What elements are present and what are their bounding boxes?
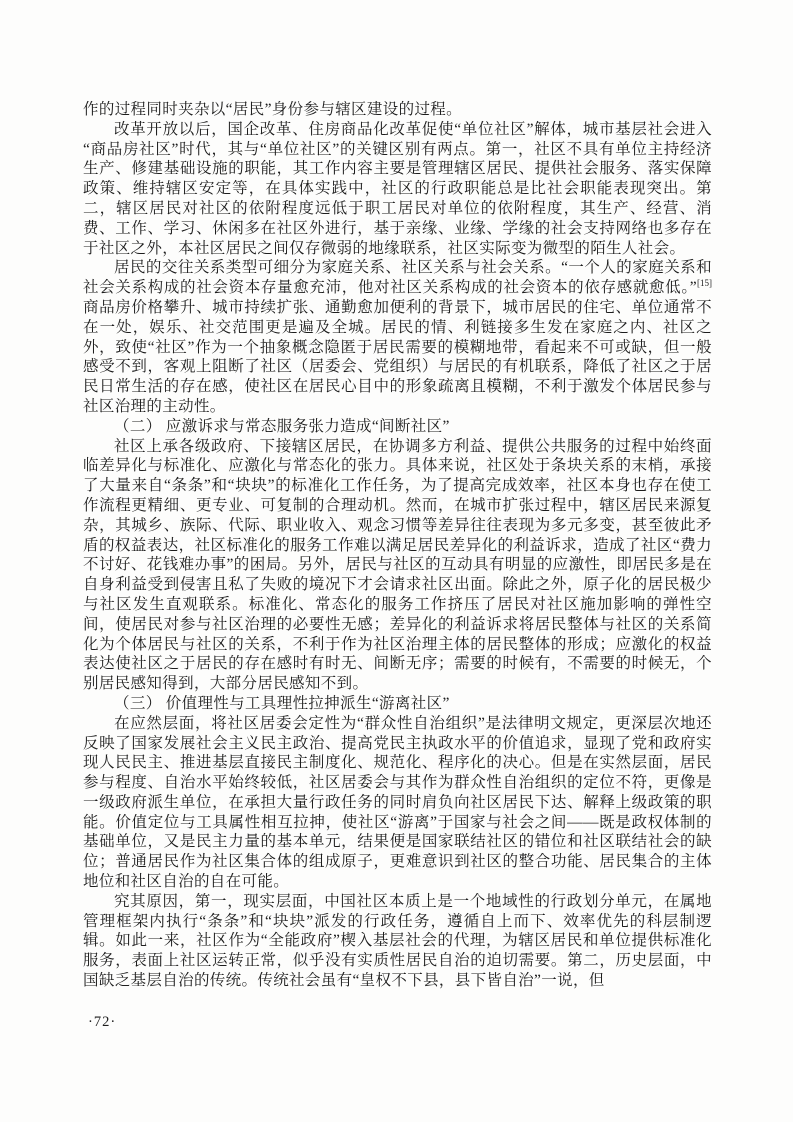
paragraph: 究其原因，第一，现实层面，中国社区本质上是一个地域性的行政划分单元，在属地管理框… [83,892,712,991]
page-text-block: 作的过程同时夹杂以“居民”身份参与辖区建设的过程。 改革开放以后，国企改革、住房… [83,100,712,991]
paragraph-text: 商品房价格攀升、城市持续扩张、通勤愈加便利的背景下，城市居民的住宅、单位通常不在… [83,299,712,415]
document-page: 作的过程同时夹杂以“居民”身份参与辖区建设的过程。 改革开放以后，国企改革、住房… [0,0,793,1122]
paragraph-text: 居民的交往关系类型可细分为家庭关系、社区关系与社会关系。“一个人的家庭关系和社会… [83,259,712,296]
paragraph: 改革开放以后，国企改革、住房商品化改革促使“单位社区”解体，城市基层社会进入“商… [83,120,712,259]
paragraph: 在应然层面，将社区居委会定性为“群众性自治组织”是法律明文规定，更深层次地还反映… [83,714,712,892]
footnote-reference: [15] [697,278,712,288]
paragraph-continuation: 作的过程同时夹杂以“居民”身份参与辖区建设的过程。 [83,100,712,120]
section-heading-2: （二） 应激诉求与常态服务张力造成“间断社区” [83,417,712,437]
page-number: ·72· [88,1014,116,1031]
paragraph: 社区上承各级政府、下接辖区居民，在协调多方利益、提供公共服务的过程中始终面临差异… [83,437,712,694]
section-heading-3: （三） 价值理性与工具理性拉抻派生“游离社区” [83,694,712,714]
paragraph: 居民的交往关系类型可细分为家庭关系、社区关系与社会关系。“一个人的家庭关系和社会… [83,258,712,416]
